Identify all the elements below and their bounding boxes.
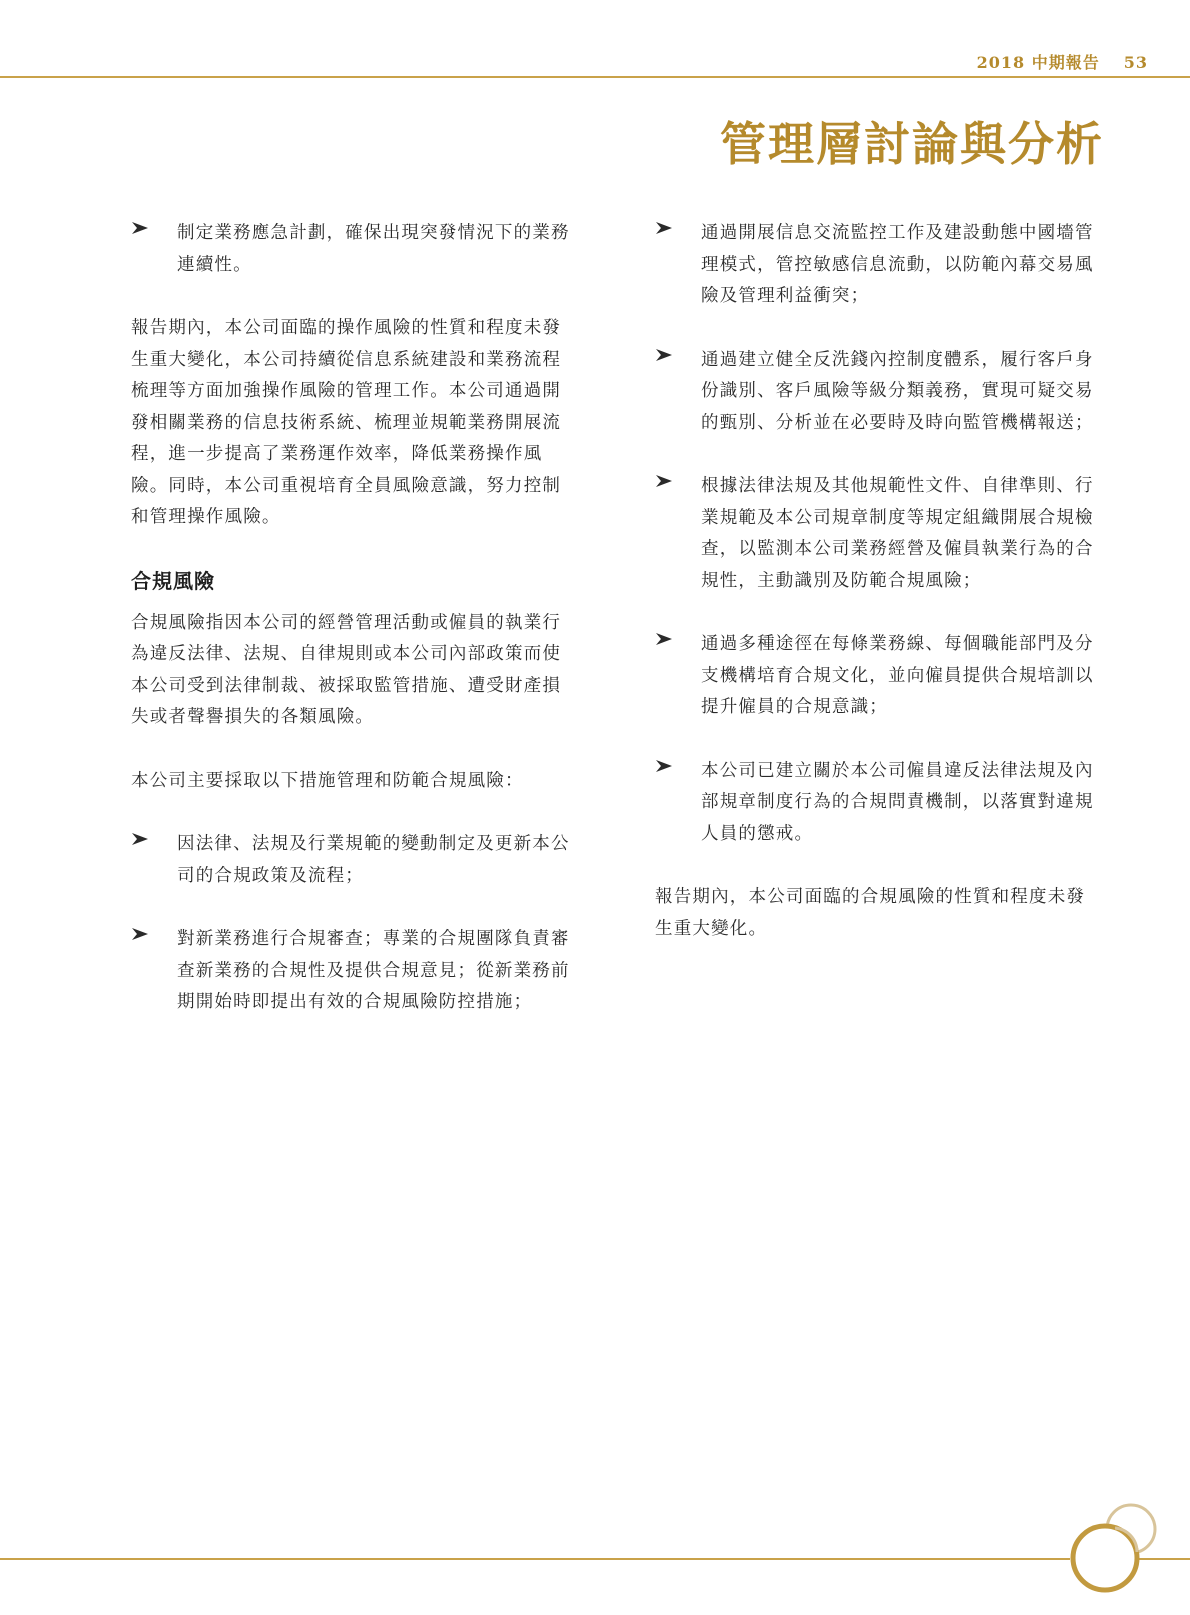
text-line: 合規風險指因本公司的經營管理活動或僱員的執業行 — [131, 608, 583, 640]
text-line: 對新業務進行合規審查；專業的合規團隊負責審 — [177, 924, 583, 956]
arrowhead-bullet-icon — [655, 759, 673, 773]
text-line: 和管理操作風險。 — [131, 502, 583, 534]
text-line: 司的合規政策及流程； — [177, 861, 583, 893]
text-line: 梳理等方面加強操作風險的管理工作。本公司通過開 — [131, 376, 583, 408]
text-line: 通過開展信息交流監控工作及建設動態中國墻管 — [701, 218, 1107, 250]
text-line: 查，以監測本公司業務經營及僱員執業行為的合 — [701, 534, 1107, 566]
text-line: 業規範及本公司規章制度等規定組織開展合規檢 — [701, 503, 1107, 535]
paragraph-compliance-summary: 報告期內，本公司面臨的合規風險的性質和程度未發 生重大變化。 — [655, 882, 1107, 945]
arrowhead-bullet-icon — [131, 927, 149, 941]
bullet-item: 本公司已建立關於本公司僱員違反法律法規及內 部規章制度行為的合規問責機制，以落實… — [655, 756, 1107, 851]
running-header: 2018 中期報告53 — [977, 50, 1148, 73]
bullet-item: 制定業務應急計劃，確保出現突發情況下的業務 連續性。 — [131, 218, 583, 281]
arrowhead-bullet-icon — [655, 221, 673, 235]
text-line: 生重大變化，本公司持續從信息系統建設和業務流程 — [131, 345, 583, 377]
paragraph-operational-risk: 報告期內，本公司面臨的操作風險的性質和程度未發 生重大變化，本公司持續從信息系統… — [131, 313, 583, 534]
bullet-item: 對新業務進行合規審查；專業的合規團隊負責審 查新業務的合規性及提供合規意見；從新… — [131, 924, 583, 1019]
header-rule — [0, 76, 1190, 78]
text-line: 的甄別、分析並在必要時及時向監管機構報送； — [701, 408, 1107, 440]
page-header: 2018 中期報告53 — [0, 0, 1190, 78]
bullet-item: 因法律、法規及行業規範的變動制定及更新本公 司的合規政策及流程； — [131, 829, 583, 892]
arrowhead-bullet-icon — [131, 221, 149, 235]
text-line: 期開始時即提出有效的合規風險防控措施； — [177, 987, 583, 1019]
paragraph-measures-intro: 本公司主要採取以下措施管理和防範合規風險： — [131, 766, 583, 798]
bullet-item: 通過開展信息交流監控工作及建設動態中國墻管 理模式，管控敏感信息流動，以防範內幕… — [655, 218, 1107, 313]
text-line: 理模式，管控敏感信息流動，以防範內幕交易風 — [701, 250, 1107, 282]
section-heading-compliance-risk: 合規風險 — [131, 566, 583, 596]
text-line: 本公司已建立關於本公司僱員違反法律法規及內 — [701, 756, 1107, 788]
page-title: 管理層討論與分析 — [720, 108, 1104, 174]
text-line: 生重大變化。 — [655, 914, 1107, 946]
text-line: 失或者聲譽損失的各類風險。 — [131, 702, 583, 734]
report-title: 2018 中期報告 — [977, 53, 1100, 72]
text-line: 規性，主動識別及防範合規風險； — [701, 566, 1107, 598]
page-number: 53 — [1124, 53, 1148, 72]
bullet-item: 通過多種途徑在每條業務線、每個職能部門及分 支機構培育合規文化，並向僱員提供合規… — [655, 629, 1107, 724]
paragraph-compliance-definition: 合規風險指因本公司的經營管理活動或僱員的執業行 為違反法律、法規、自律規則或本公… — [131, 608, 583, 734]
text-line: 部規章制度行為的合規問責機制，以落實對違規 — [701, 787, 1107, 819]
text-line: 連續性。 — [177, 250, 583, 282]
arrowhead-bullet-icon — [131, 832, 149, 846]
text-line: 本公司受到法律制裁、被採取監管措施、遭受財產損 — [131, 671, 583, 703]
interlocking-rings-icon — [1020, 1450, 1190, 1615]
arrowhead-bullet-icon — [655, 348, 673, 362]
text-line: 人員的懲戒。 — [701, 819, 1107, 851]
text-line: 通過建立健全反洗錢內控制度體系，履行客戶身 — [701, 345, 1107, 377]
text-line: 通過多種途徑在每條業務線、每個職能部門及分 — [701, 629, 1107, 661]
text-line: 發相關業務的信息技術系統、梳理並規範業務開展流 — [131, 408, 583, 440]
text-line: 程，進一步提高了業務運作效率，降低業務操作風 — [131, 439, 583, 471]
arrowhead-bullet-icon — [655, 632, 673, 646]
text-line: 制定業務應急計劃，確保出現突發情況下的業務 — [177, 218, 583, 250]
bullet-item: 根據法律法規及其他規範性文件、自律準則、行 業規範及本公司規章制度等規定組織開展… — [655, 471, 1107, 597]
text-line: 報告期內，本公司面臨的操作風險的性質和程度未發 — [131, 313, 583, 345]
text-line: 查新業務的合規性及提供合規意見；從新業務前 — [177, 956, 583, 988]
arrowhead-bullet-icon — [655, 474, 673, 488]
text-line: 根據法律法規及其他規範性文件、自律準則、行 — [701, 471, 1107, 503]
text-line: 份識別、客戶風險等級分類義務，實現可疑交易 — [701, 376, 1107, 408]
bullet-item: 通過建立健全反洗錢內控制度體系，履行客戶身 份識別、客戶風險等級分類義務，實現可… — [655, 345, 1107, 440]
footer-rule — [0, 1558, 1190, 1560]
text-line: 為違反法律、法規、自律規則或本公司內部政策而使 — [131, 639, 583, 671]
text-line: 險及管理利益衝突； — [701, 281, 1107, 313]
text-line: 因法律、法規及行業規範的變動制定及更新本公 — [177, 829, 583, 861]
right-column: 通過開展信息交流監控工作及建設動態中國墻管 理模式，管控敏感信息流動，以防範內幕… — [655, 218, 1107, 977]
left-column: 制定業務應急計劃，確保出現突發情況下的業務 連續性。 報告期內，本公司面臨的操作… — [131, 218, 583, 1051]
text-line: 支機構培育合規文化，並向僱員提供合規培訓以 — [701, 661, 1107, 693]
text-line: 提升僱員的合規意識； — [701, 692, 1107, 724]
text-line: 本公司主要採取以下措施管理和防範合規風險： — [131, 766, 583, 798]
text-line: 險。同時，本公司重視培育全員風險意識，努力控制 — [131, 471, 583, 503]
text-line: 報告期內，本公司面臨的合規風險的性質和程度未發 — [655, 882, 1107, 914]
